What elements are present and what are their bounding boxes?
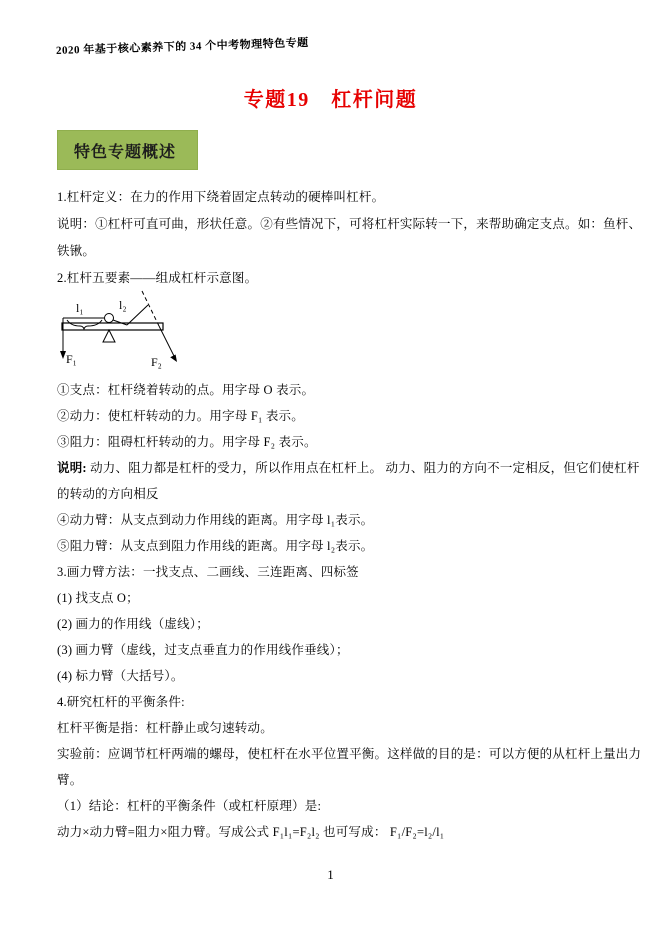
body-line: ⑤阻力臂：从支点到阻力作用线的距离。用字母 l₂表示。 <box>57 533 641 559</box>
body-line: 动力×动力臂=阻力×阻力臂。写成公式 F₁l₁=F₂l₂ 也可写成： F₁/F₂… <box>57 819 641 845</box>
line-text: 2.杠杆五要素——组成杠杆示意图。 <box>57 271 257 285</box>
line-text: (3) 画力臂（虚线，过支点垂直力的作用线作垂线）； <box>57 643 349 657</box>
label-f1: F₁ <box>66 352 77 366</box>
body-line: ④动力臂：从支点到动力作用线的距离。用字母 l₁表示。 <box>57 507 641 533</box>
body-line: 杠杆平衡是指：杠杆静止或匀速转动。 <box>57 715 641 741</box>
body-line: ②动力：使杠杆转动的力。用字母 F₁ 表示。 <box>57 403 641 429</box>
body-line: (2) 画力的作用线（虚线）； <box>57 611 641 637</box>
line-text: 动力×动力臂=阻力×阻力臂。写成公式 F₁l₁=F₂l₂ 也可写成： F₁/F₂… <box>57 825 444 839</box>
body-line: (4) 标力臂（大括号）。 <box>57 663 641 689</box>
page-title: 专题19 杠杆问题 <box>0 83 661 112</box>
force2-line <box>159 326 175 358</box>
line-text: 实验前：应调节杠杆两端的螺母，使杠杆在水平位置平衡。这样做的目的是：可以方便的从… <box>57 747 641 761</box>
section-badge-label: 特色专题概述 <box>74 139 176 162</box>
line-text: 3.画力臂方法：一找支点、二画线、三连距离、四标签 <box>57 565 359 579</box>
line-text: (1) 找支点 O； <box>57 591 139 605</box>
label-l2: l₂ <box>119 298 127 312</box>
line-text: 的转动的方向相反 <box>57 487 159 501</box>
body-line: （1）结论：杠杆的平衡条件（或杠杆原理）是: <box>57 793 641 819</box>
section-badge: 特色专题概述 <box>57 130 198 170</box>
line-text: ⑤阻力臂：从支点到阻力作用线的距离。用字母 l₂表示。 <box>57 539 373 553</box>
line-text: ①支点：杠杆绕着转动的点。用字母 O 表示。 <box>57 383 314 397</box>
document-page: 2020 年基于核心素养下的 34 个中考物理特色专题 专题19 杠杆问题 特色… <box>0 0 661 935</box>
label-f2: F₂ <box>151 355 162 369</box>
body-line: 1.杠杆定义：在力的作用下绕着固定点转动的硬棒叫杠杆。 <box>57 184 641 211</box>
line-text: 说明：①杠杆可直可曲，形状任意。②有些情况下，可将杠杆实际转一下，来帮助确定支点… <box>57 217 641 231</box>
body-line: 3.画力臂方法：一找支点、二画线、三连距离、四标签 <box>57 559 641 585</box>
body-line: 的转动的方向相反 <box>57 481 641 507</box>
line-text: 杠杆平衡是指：杠杆静止或匀速转动。 <box>57 721 273 735</box>
body-line: 实验前：应调节杠杆两端的螺母，使杠杆在水平位置平衡。这样做的目的是：可以方便的从… <box>57 741 641 767</box>
lever-arm2-segment-b <box>127 305 148 325</box>
line-text: 臂。 <box>57 773 82 787</box>
label-l1: l₁ <box>76 301 84 315</box>
body-line: 说明：①杠杆可直可曲，形状任意。②有些情况下，可将杠杆实际转一下，来帮助确定支点… <box>57 211 641 238</box>
line-text: (4) 标力臂（大括号）。 <box>57 669 184 683</box>
line-text: 4.研究杠杆的平衡条件: <box>57 695 185 709</box>
force2-arrowhead <box>170 355 177 363</box>
lever-bar <box>62 323 163 330</box>
body-line: (3) 画力臂（虚线，过支点垂直力的作用线作垂线）； <box>57 637 641 663</box>
body-line: 臂。 <box>57 767 641 793</box>
pivot-circle <box>105 314 114 323</box>
line-text: (2) 画力的作用线（虚线）； <box>57 617 209 631</box>
line-text: ④动力臂：从支点到动力作用线的距离。用字母 l₁表示。 <box>57 513 373 527</box>
line-bold-prefix: 说明: <box>57 461 87 475</box>
body-line: 4.研究杠杆的平衡条件: <box>57 689 641 715</box>
line-text: （1）结论：杠杆的平衡条件（或杠杆原理）是: <box>57 799 321 813</box>
body-line: 说明: 动力、阻力都是杠杆的受力，所以作用点在杠杆上。 动力、阻力的方向不一定相… <box>57 455 641 481</box>
line-text: 铁锹。 <box>57 244 95 258</box>
line-text: ②动力：使杠杆转动的力。用字母 F₁ 表示。 <box>57 409 304 423</box>
lever-diagram: l₁ l₂ F₁ F₂ <box>55 286 190 374</box>
upper-text-block: 1.杠杆定义：在力的作用下绕着固定点转动的硬棒叫杠杆。 说明：①杠杆可直可曲，形… <box>57 184 641 292</box>
line-text: 动力、阻力都是杠杆的受力，所以作用点在杠杆上。 动力、阻力的方向不一定相反，但它… <box>87 461 640 475</box>
page-number: 1 <box>0 867 661 883</box>
body-line: ③阻力：阻碍杠杆转动的力。用字母 F₂ 表示。 <box>57 429 641 455</box>
line-text: 1.杠杆定义：在力的作用下绕着固定点转动的硬棒叫杠杆。 <box>57 190 384 204</box>
lower-text-block: ①支点：杠杆绕着转动的点。用字母 O 表示。 ②动力：使杠杆转动的力。用字母 F… <box>57 377 641 845</box>
body-line: ①支点：杠杆绕着转动的点。用字母 O 表示。 <box>57 377 641 403</box>
body-line: (1) 找支点 O； <box>57 585 641 611</box>
fulcrum-triangle <box>103 330 115 342</box>
body-line: 铁锹。 <box>57 238 641 265</box>
line-text: ③阻力：阻碍杠杆转动的力。用字母 F₂ 表示。 <box>57 435 317 449</box>
header-note: 2020 年基于核心素养下的 34 个中考物理特色专题 <box>56 34 309 58</box>
